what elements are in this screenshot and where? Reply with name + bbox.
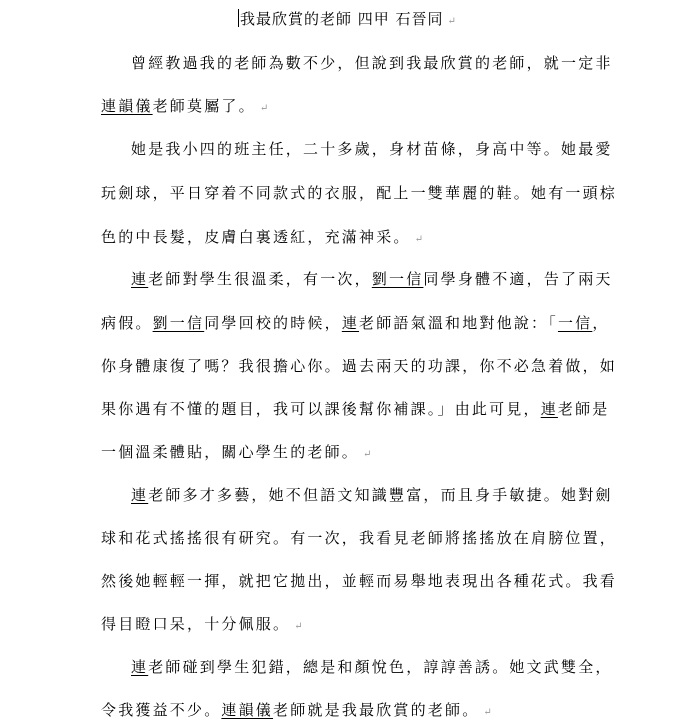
text-run: 老師語氣溫和地對他說：「 [359,314,558,332]
text-run: 老師是 [558,400,610,418]
paragraph-mark-icon: ↵ [363,449,374,460]
text-run: 病假。 [101,314,153,332]
text-run: 得目瞪口呆，十分佩服。 [101,615,290,633]
text-run: 她是我小四的班主任，二十多歲，身材苗條，身高中等。她最愛 [131,140,613,158]
document-title-line[interactable]: 我最欣賞的老師 四甲 石晉同↵ [238,8,457,29]
text-run: 你身體康復了嗎？我很擔心你。過去兩天的功課，你不必急着做，如 [101,357,617,375]
text-line[interactable]: 色的中長髮，皮膚白裏透紅，充滿神采。↵ [101,226,425,247]
text-run: ， [592,314,609,332]
text-line[interactable]: 玩劍球，平日穿着不同款式的衣服，配上一雙華麗的鞋。她有一頭棕 [101,182,617,203]
text-cursor [238,9,239,27]
text-run: 曾經教過我的老師為數不少，但說到我最欣賞的老師，就一定非 [131,54,613,72]
text-line[interactable]: 連老師碰到學生犯錯，總是和顏悅色，諄諄善誘。她文武雙全， [131,656,613,677]
text-line[interactable]: 果你遇有不懂的題目，我可以課後幫你補課。」由此可見，連老師是 [101,398,610,419]
paragraph-mark-icon: ↵ [415,234,426,245]
text-run: 老師對學生很溫柔，有一次， [148,270,372,288]
text-line[interactable]: 令我獲益不少。連韻儀老師就是我最欣賞的老師。↵ [101,699,494,720]
text-line[interactable]: 病假。劉一信同學回校的時候，連老師語氣溫和地對他說：「一信， [101,312,610,333]
paragraph-mark-icon: ↵ [294,621,305,632]
text-run: 同學身體不適，告了兩天 [423,270,612,288]
paragraph-mark-icon: ↵ [260,103,271,114]
document-title: 我最欣賞的老師 四甲 石晉同 [240,10,444,28]
text-run: 玩劍球，平日穿着不同款式的衣服，配上一雙華麗的鞋。她有一頭棕 [101,184,617,202]
underlined-name: 連 [541,400,558,418]
paragraph-mark-icon: ↵ [483,707,494,718]
text-line[interactable]: 你身體康復了嗎？我很擔心你。過去兩天的功課，你不必急着做，如 [101,355,617,376]
text-line[interactable]: 一個溫柔體貼，關心學生的老師。↵ [101,441,374,462]
paragraph-mark-icon: ↵ [448,16,457,27]
text-run: 老師就是我最欣賞的老師。 [273,701,479,719]
text-run: 老師莫屬了。 [153,97,256,115]
text-run: 老師多才多藝，她不但語文知識豐富，而且身手敏捷。她對劍 [148,486,612,504]
text-run: 一個溫柔體貼，關心學生的老師。 [101,443,359,461]
underlined-name: 連 [131,270,148,288]
underlined-name: 連 [131,658,148,676]
text-run: 老師碰到學生犯錯，總是和顏悅色，諄諄善誘。她文武雙全， [148,658,612,676]
text-line[interactable]: 她是我小四的班主任，二十多歲，身材苗條，身高中等。她最愛 [131,138,613,159]
underlined-name: 劉一信 [372,270,424,288]
text-run: 果你遇有不懂的題目，我可以課後幫你補課。」由此可見， [101,400,541,418]
underlined-name: 連韻儀 [221,701,273,719]
underlined-name: 連 [131,486,148,504]
text-line[interactable]: 球和花式搖搖很有研究。有一次，我看見老師將搖搖放在肩膀位置， [101,527,617,548]
text-run: 同學回校的時候， [204,314,342,332]
text-line[interactable]: 連韻儀老師莫屬了。↵ [101,95,270,116]
text-line[interactable]: 連老師對學生很溫柔，有一次，劉一信同學身體不適，告了兩天 [131,268,613,289]
underlined-name: 劉一信 [153,314,205,332]
text-line[interactable]: 連老師多才多藝，她不但語文知識豐富，而且身手敏捷。她對劍 [131,484,613,505]
text-run: 球和花式搖搖很有研究。有一次，我看見老師將搖搖放在肩膀位置， [101,529,617,547]
text-line[interactable]: 得目瞪口呆，十分佩服。↵ [101,613,305,634]
text-run: 令我獲益不少。 [101,701,221,719]
document-page[interactable]: 我最欣賞的老師 四甲 石晉同↵ 曾經教過我的老師為數不少，但說到我最欣賞的老師，… [0,0,696,726]
underlined-name: 連 [342,314,359,332]
text-line[interactable]: 然後她輕輕一揮，就把它拋出，並輕而易舉地表現出各種花式。我看 [101,570,617,591]
underlined-name: 連韻儀 [101,97,153,115]
text-run: 然後她輕輕一揮，就把它拋出，並輕而易舉地表現出各種花式。我看 [101,572,617,590]
text-run: 色的中長髮，皮膚白裏透紅，充滿神采。 [101,228,411,246]
text-line[interactable]: 曾經教過我的老師為數不少，但說到我最欣賞的老師，就一定非 [131,52,613,73]
underlined-name: 一信 [558,314,592,332]
